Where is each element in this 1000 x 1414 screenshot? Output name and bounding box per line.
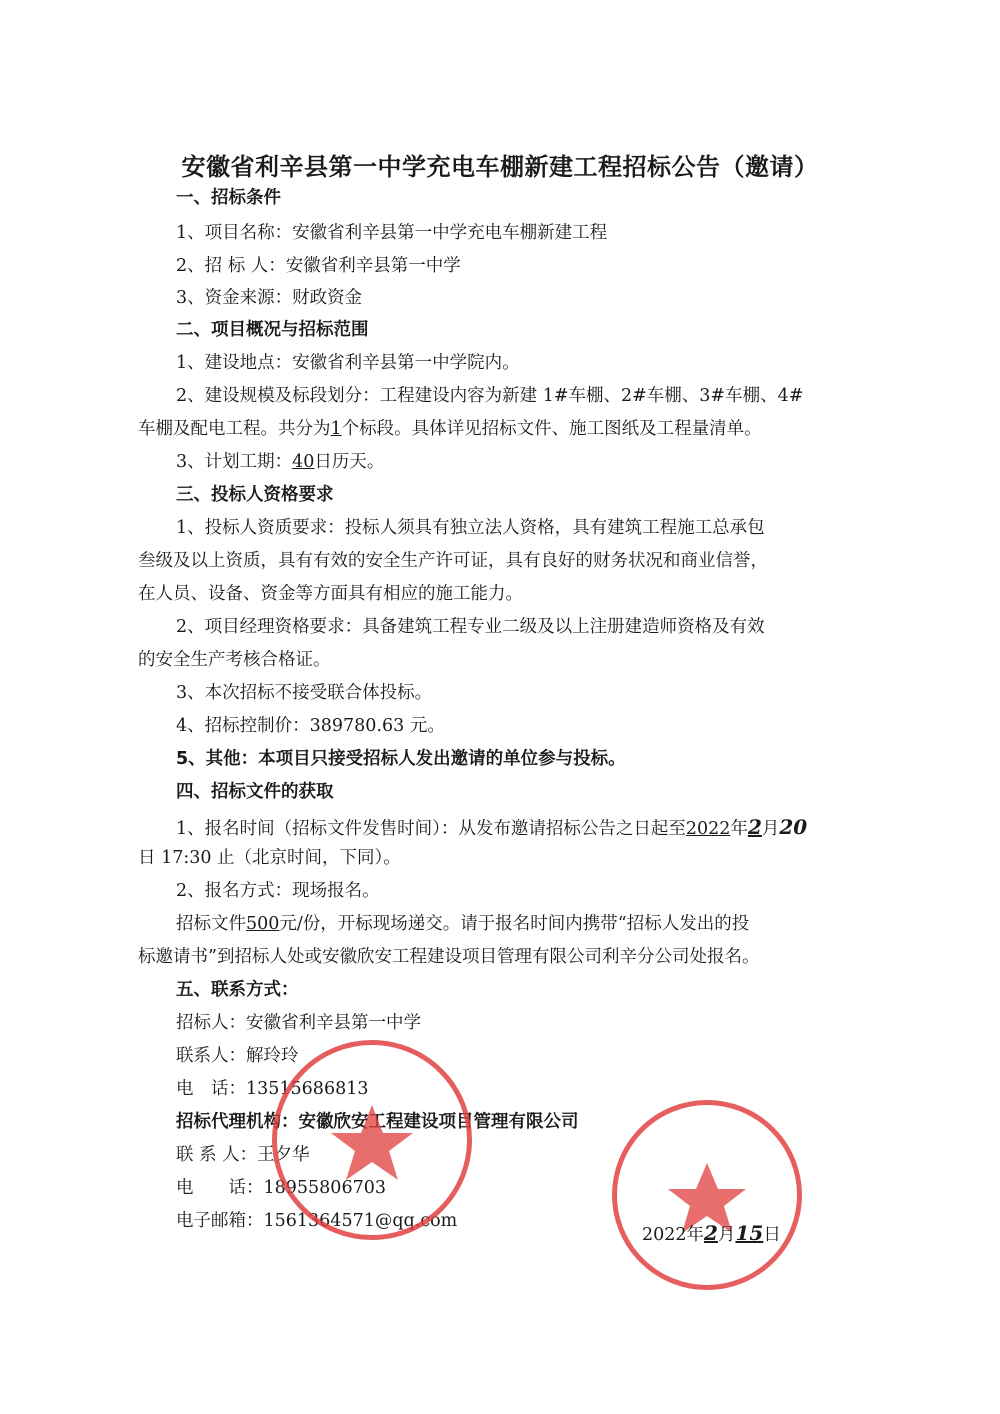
qualification-line2: 叁级及以上资质，具有有效的安全生产许可证，具有良好的财务状况和商业信誉， xyxy=(138,553,768,571)
registration-text: 1、报名时间（招标文件发售时间）：从发布邀请招标公告之日起至 xyxy=(176,819,686,839)
other-requirements: 5、其他：本项目只接受招标人发出邀请的单位参与投标。 xyxy=(176,751,626,769)
duration-label: 3、计划工期： xyxy=(176,452,292,472)
fee-text: 元/份，开标现场递交。请于报名时间内携带“招标人发出的投 xyxy=(279,914,749,934)
section-heading-1: 一、招标条件 xyxy=(176,190,281,208)
no-consortium: 3、本次招标不接受联合体投标。 xyxy=(176,685,432,703)
document-fee-line1: 招标文件500元/份，开标现场递交。请于报名时间内携带“招标人发出的投 xyxy=(176,916,749,934)
duration-days: 40 xyxy=(292,452,314,472)
planned-duration: 3、计划工期：40日历天。 xyxy=(176,454,384,472)
document-fee-line2: 标邀请书”到招标人处或安徽欣安工程建设项目管理有限公司利辛分公司处报名。 xyxy=(138,949,759,967)
registration-method: 2、报名方式：现场报名。 xyxy=(176,883,380,901)
construction-scale-line1: 2、建设规模及标段划分：工程建设内容为新建 1#车棚、2#车棚、3#车棚、4# xyxy=(176,388,803,406)
sign-year-suffix: 年 xyxy=(687,1225,705,1245)
project-name: 1、项目名称：安徽省利辛县第一中学充电车棚新建工程 xyxy=(176,225,607,243)
year-suffix: 年 xyxy=(730,819,748,839)
scale-text-post: 个标段。具体详见招标文件、施工图纸及工程量清单。 xyxy=(342,419,762,439)
sign-month-suffix: 月 xyxy=(718,1225,736,1245)
seal-star-icon xyxy=(617,1105,797,1285)
registration-day-handwritten: 20 xyxy=(779,815,807,839)
section-count: 1 xyxy=(331,419,342,439)
construction-site: 1、建设地点：安徽省利辛县第一中学院内。 xyxy=(176,355,520,373)
qualification-line3: 在人员、设备、资金等方面具有相应的施工能力。 xyxy=(138,586,523,604)
month-suffix: 月 xyxy=(762,819,780,839)
tenderer: 2、招 标 人：安徽省利辛县第一中学 xyxy=(176,258,461,276)
construction-scale-line2: 车棚及配电工程。共分为1个标段。具体详见招标文件、施工图纸及工程量清单。 xyxy=(138,421,762,439)
signature-date: 2022年2月15日 xyxy=(642,1223,781,1245)
section-heading-3: 三、投标人资格要求 xyxy=(176,487,334,505)
scale-text-pre: 车棚及配电工程。共分为 xyxy=(138,419,331,439)
sign-month-handwritten: 2 xyxy=(704,1221,718,1245)
registration-year: 2022 xyxy=(686,819,731,839)
manager-qualification-line2: 的安全生产考核合格证。 xyxy=(138,652,331,670)
contact-tenderer: 招标人：安徽省利辛县第一中学 xyxy=(176,1015,421,1033)
fee-amount: 500 xyxy=(246,914,279,934)
school-seal-stamp xyxy=(612,1100,802,1290)
control-price: 4、招标控制价：389780.63 元。 xyxy=(176,718,445,736)
document-page: 安徽省利辛县第一中学充电车棚新建工程招标公告（邀请） 一、招标条件 1、项目名称… xyxy=(0,0,1000,1414)
sign-day-suffix: 日 xyxy=(763,1225,781,1245)
registration-time-line1: 1、报名时间（招标文件发售时间）：从发布邀请招标公告之日起至2022年2月20 xyxy=(176,817,807,839)
manager-qualification-line1: 2、项目经理资格要求：具备建筑工程专业二级及以上注册建造师资格及有效 xyxy=(176,619,765,637)
section-heading-2: 二、项目概况与招标范围 xyxy=(176,322,369,340)
document-title: 安徽省利辛县第一中学充电车棚新建工程招标公告（邀请） xyxy=(0,147,1000,182)
section-heading-4: 四、招标文件的获取 xyxy=(176,784,334,802)
seal-star-icon xyxy=(277,1045,467,1235)
qualification-line1: 1、投标人资质要求：投标人须具有独立法人资格，具有建筑工程施工总承包 xyxy=(176,520,765,538)
sign-day-handwritten: 15 xyxy=(735,1221,763,1245)
fee-label: 招标文件 xyxy=(176,914,246,934)
agency-seal-stamp xyxy=(272,1040,472,1240)
sign-year: 2022 xyxy=(642,1225,687,1245)
funding-source: 3、资金来源：财政资金 xyxy=(176,290,362,308)
duration-unit: 日历天。 xyxy=(314,452,384,472)
section-heading-5: 五、联系方式： xyxy=(176,982,299,1000)
registration-time-line2: 日 17:30 止（北京时间，下同）。 xyxy=(138,850,401,868)
registration-month-handwritten: 2 xyxy=(748,815,762,839)
